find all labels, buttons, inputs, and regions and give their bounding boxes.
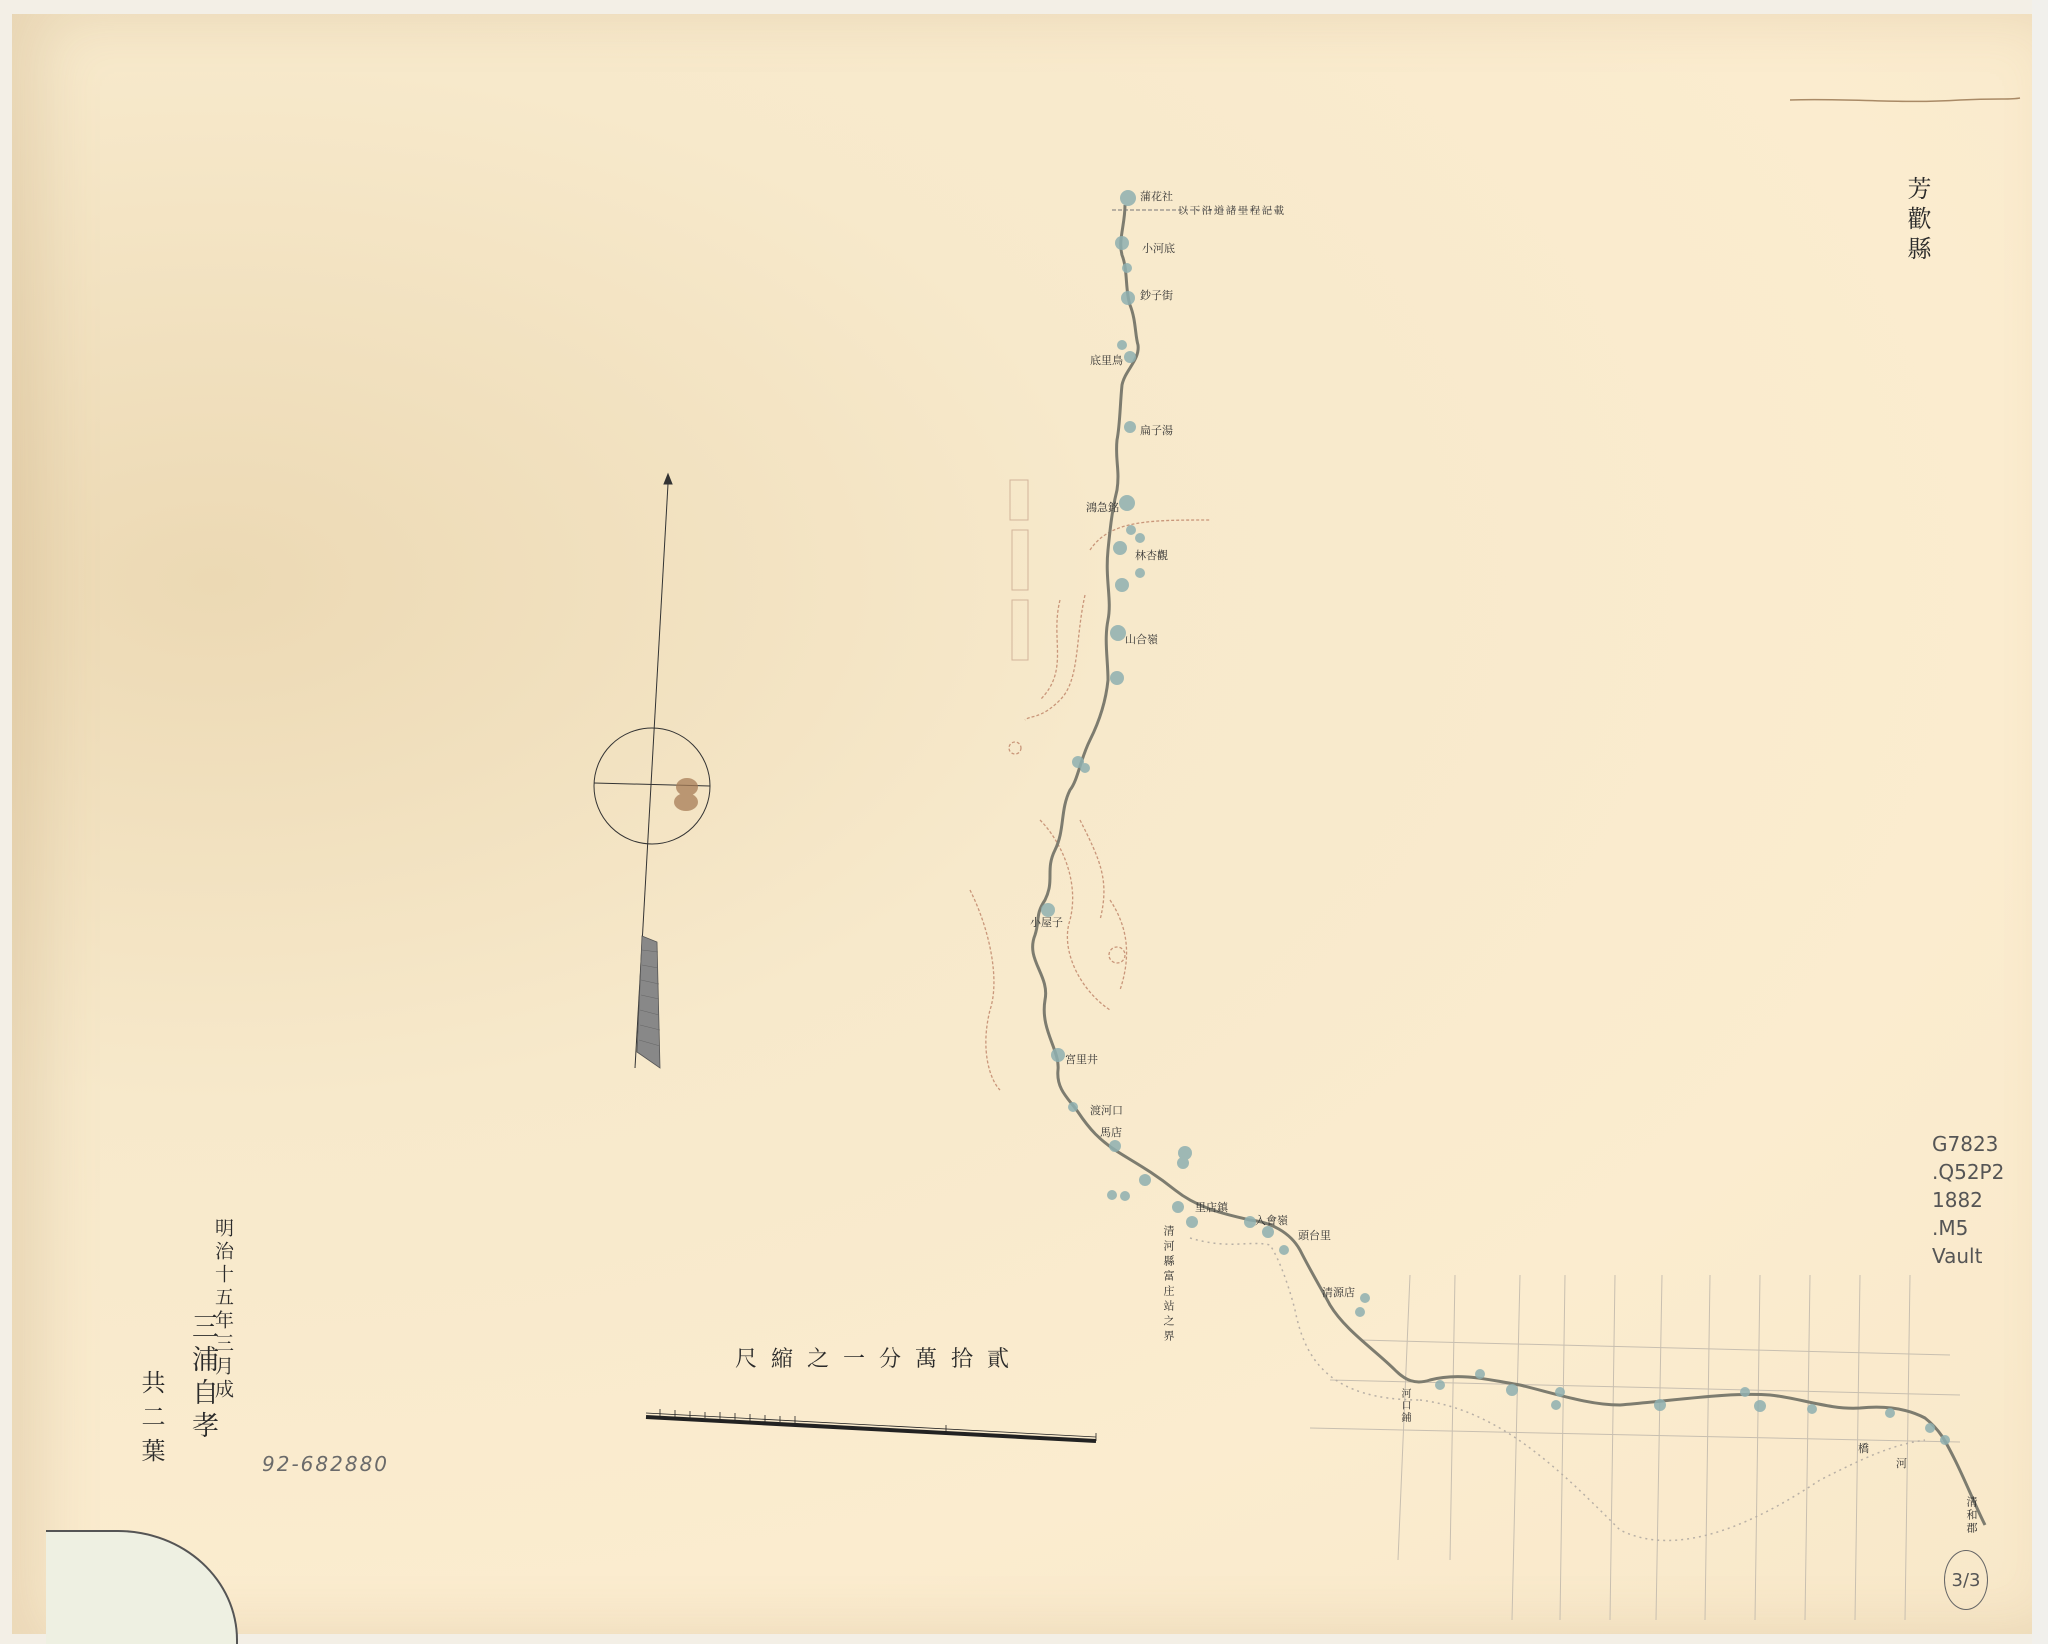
place-label: 清源店 — [1322, 1284, 1355, 1300]
boundary-label: 清河縣富庄站之界 — [1160, 1225, 1176, 1345]
place-label: 林杏觀 — [1135, 547, 1168, 563]
place-label: 小河底 — [1142, 240, 1175, 256]
place-label: 底里鳥 — [1090, 352, 1123, 368]
catalog-line: .M5 — [1932, 1214, 2004, 1242]
place-label: 鴻急銘 — [1086, 499, 1119, 515]
place-label: 扁子湯 — [1140, 422, 1173, 438]
faint-stamp-text — [1010, 480, 1028, 660]
top-annotation: 以下沿道諸里程記載 — [1178, 202, 1286, 217]
place-label: 宮里井 — [1065, 1051, 1098, 1067]
place-label: 入會嶺 — [1255, 1212, 1288, 1228]
place-label: 橋 — [1858, 1440, 1869, 1456]
catalog-line: 1882 — [1932, 1186, 2004, 1214]
place-label: 里店鎮 — [1195, 1199, 1228, 1215]
scale-bar — [646, 1409, 1096, 1441]
region-label: 芳歡縣 — [1900, 176, 1935, 266]
place-label: 馬店 — [1100, 1124, 1122, 1140]
place-label: 清和郡 — [1963, 1496, 1979, 1535]
place-label: 小屋子 — [1030, 914, 1063, 930]
scale-title: 貳拾萬分一之縮尺 — [735, 1342, 1023, 1373]
place-label: 山合嶺 — [1125, 631, 1158, 647]
place-label: 河 — [1896, 1455, 1907, 1471]
sheet-number: 3/3 — [1944, 1550, 1988, 1610]
sheet-total: 共二葉 — [134, 1370, 169, 1472]
catalog-label: G7823 .Q52P2 1882 .M5 Vault — [1932, 1130, 2004, 1270]
catalog-line: Vault — [1932, 1242, 2004, 1270]
terrain-hachures — [970, 520, 1210, 1090]
map-drawing — [0, 0, 2048, 1644]
accession-number: 92-682880 — [262, 1452, 389, 1476]
compass-icon — [594, 474, 710, 1068]
place-label: 頭台里 — [1298, 1227, 1331, 1243]
place-label: 河口鋪 — [1397, 1388, 1412, 1424]
author-name: 三浦自孝 — [183, 1312, 222, 1444]
place-label: 渡河口 — [1090, 1102, 1123, 1118]
catalog-line: G7823 — [1932, 1130, 2004, 1158]
ink-stain — [674, 778, 698, 811]
village-markers — [1041, 190, 1950, 1445]
catalog-line: .Q52P2 — [1932, 1158, 2004, 1186]
crease-line — [1790, 98, 2020, 101]
place-label: 蒲花社 — [1140, 188, 1173, 204]
place-label: 鈔子街 — [1140, 287, 1173, 303]
